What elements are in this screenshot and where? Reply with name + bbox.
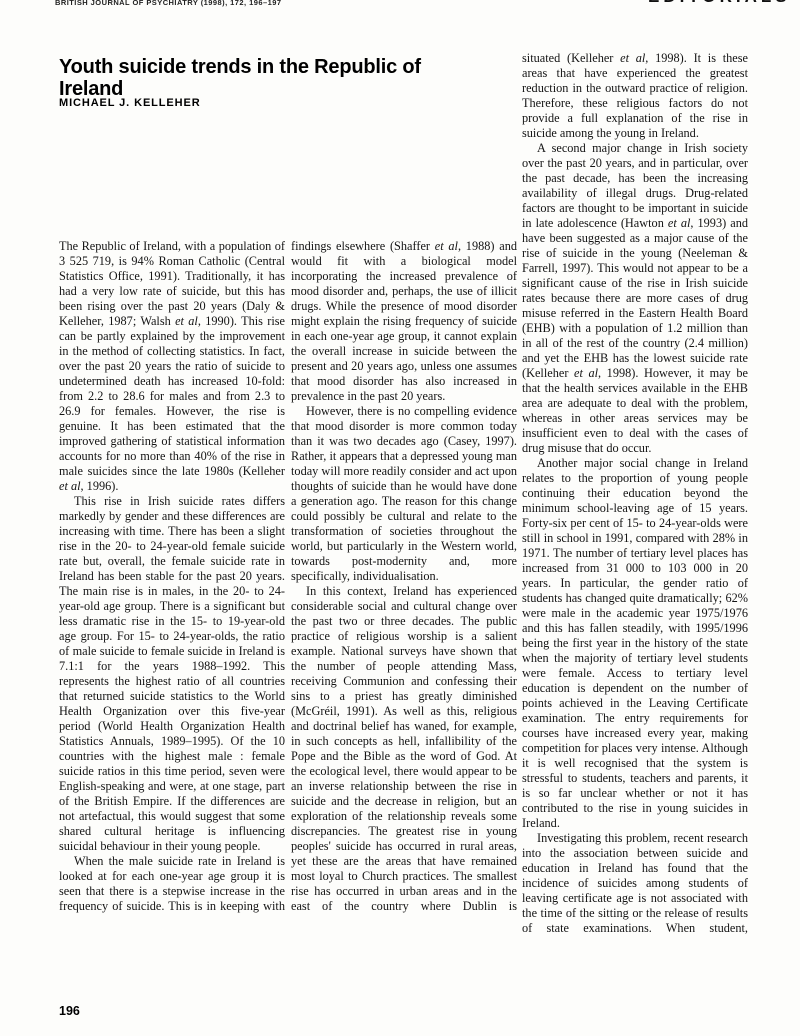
paragraph: In this context, Ireland has experienced… <box>291 584 517 914</box>
paragraph: Another major social change in Ireland r… <box>522 456 748 831</box>
column-left: The Republic of Ireland, with a populati… <box>59 239 285 914</box>
paragraph: The Republic of Ireland, with a populati… <box>59 239 285 494</box>
paragraph: When the male suicide rate in Ireland is… <box>59 854 285 914</box>
paragraph: This rise in Irish suicide rates differs… <box>59 494 285 854</box>
paragraph: situated (Kelleher et al, 1998). It is t… <box>522 51 748 141</box>
column-middle: findings elsewhere (Shaffer et al, 1988)… <box>291 239 517 914</box>
column-right: situated (Kelleher et al, 1998). It is t… <box>522 51 748 936</box>
paragraph: However, there is no compelling evidence… <box>291 404 517 584</box>
section-header-clipped: EDITORIALS <box>648 0 796 7</box>
paragraph: A second major change in Irish society o… <box>522 141 748 456</box>
article-author: MICHAEL J. KELLEHER <box>59 97 201 109</box>
page-number: 196 <box>59 1004 80 1018</box>
article-title: Youth suicide trends in the Republic of … <box>59 56 489 100</box>
section-header-label: EDITORIALS <box>648 0 796 7</box>
paragraph: Investigating this problem, recent resea… <box>522 831 748 936</box>
paragraph: findings elsewhere (Shaffer et al, 1988)… <box>291 239 517 404</box>
journal-header: BRITISH JOURNAL OF PSYCHIATRY (1998), 17… <box>55 0 281 7</box>
